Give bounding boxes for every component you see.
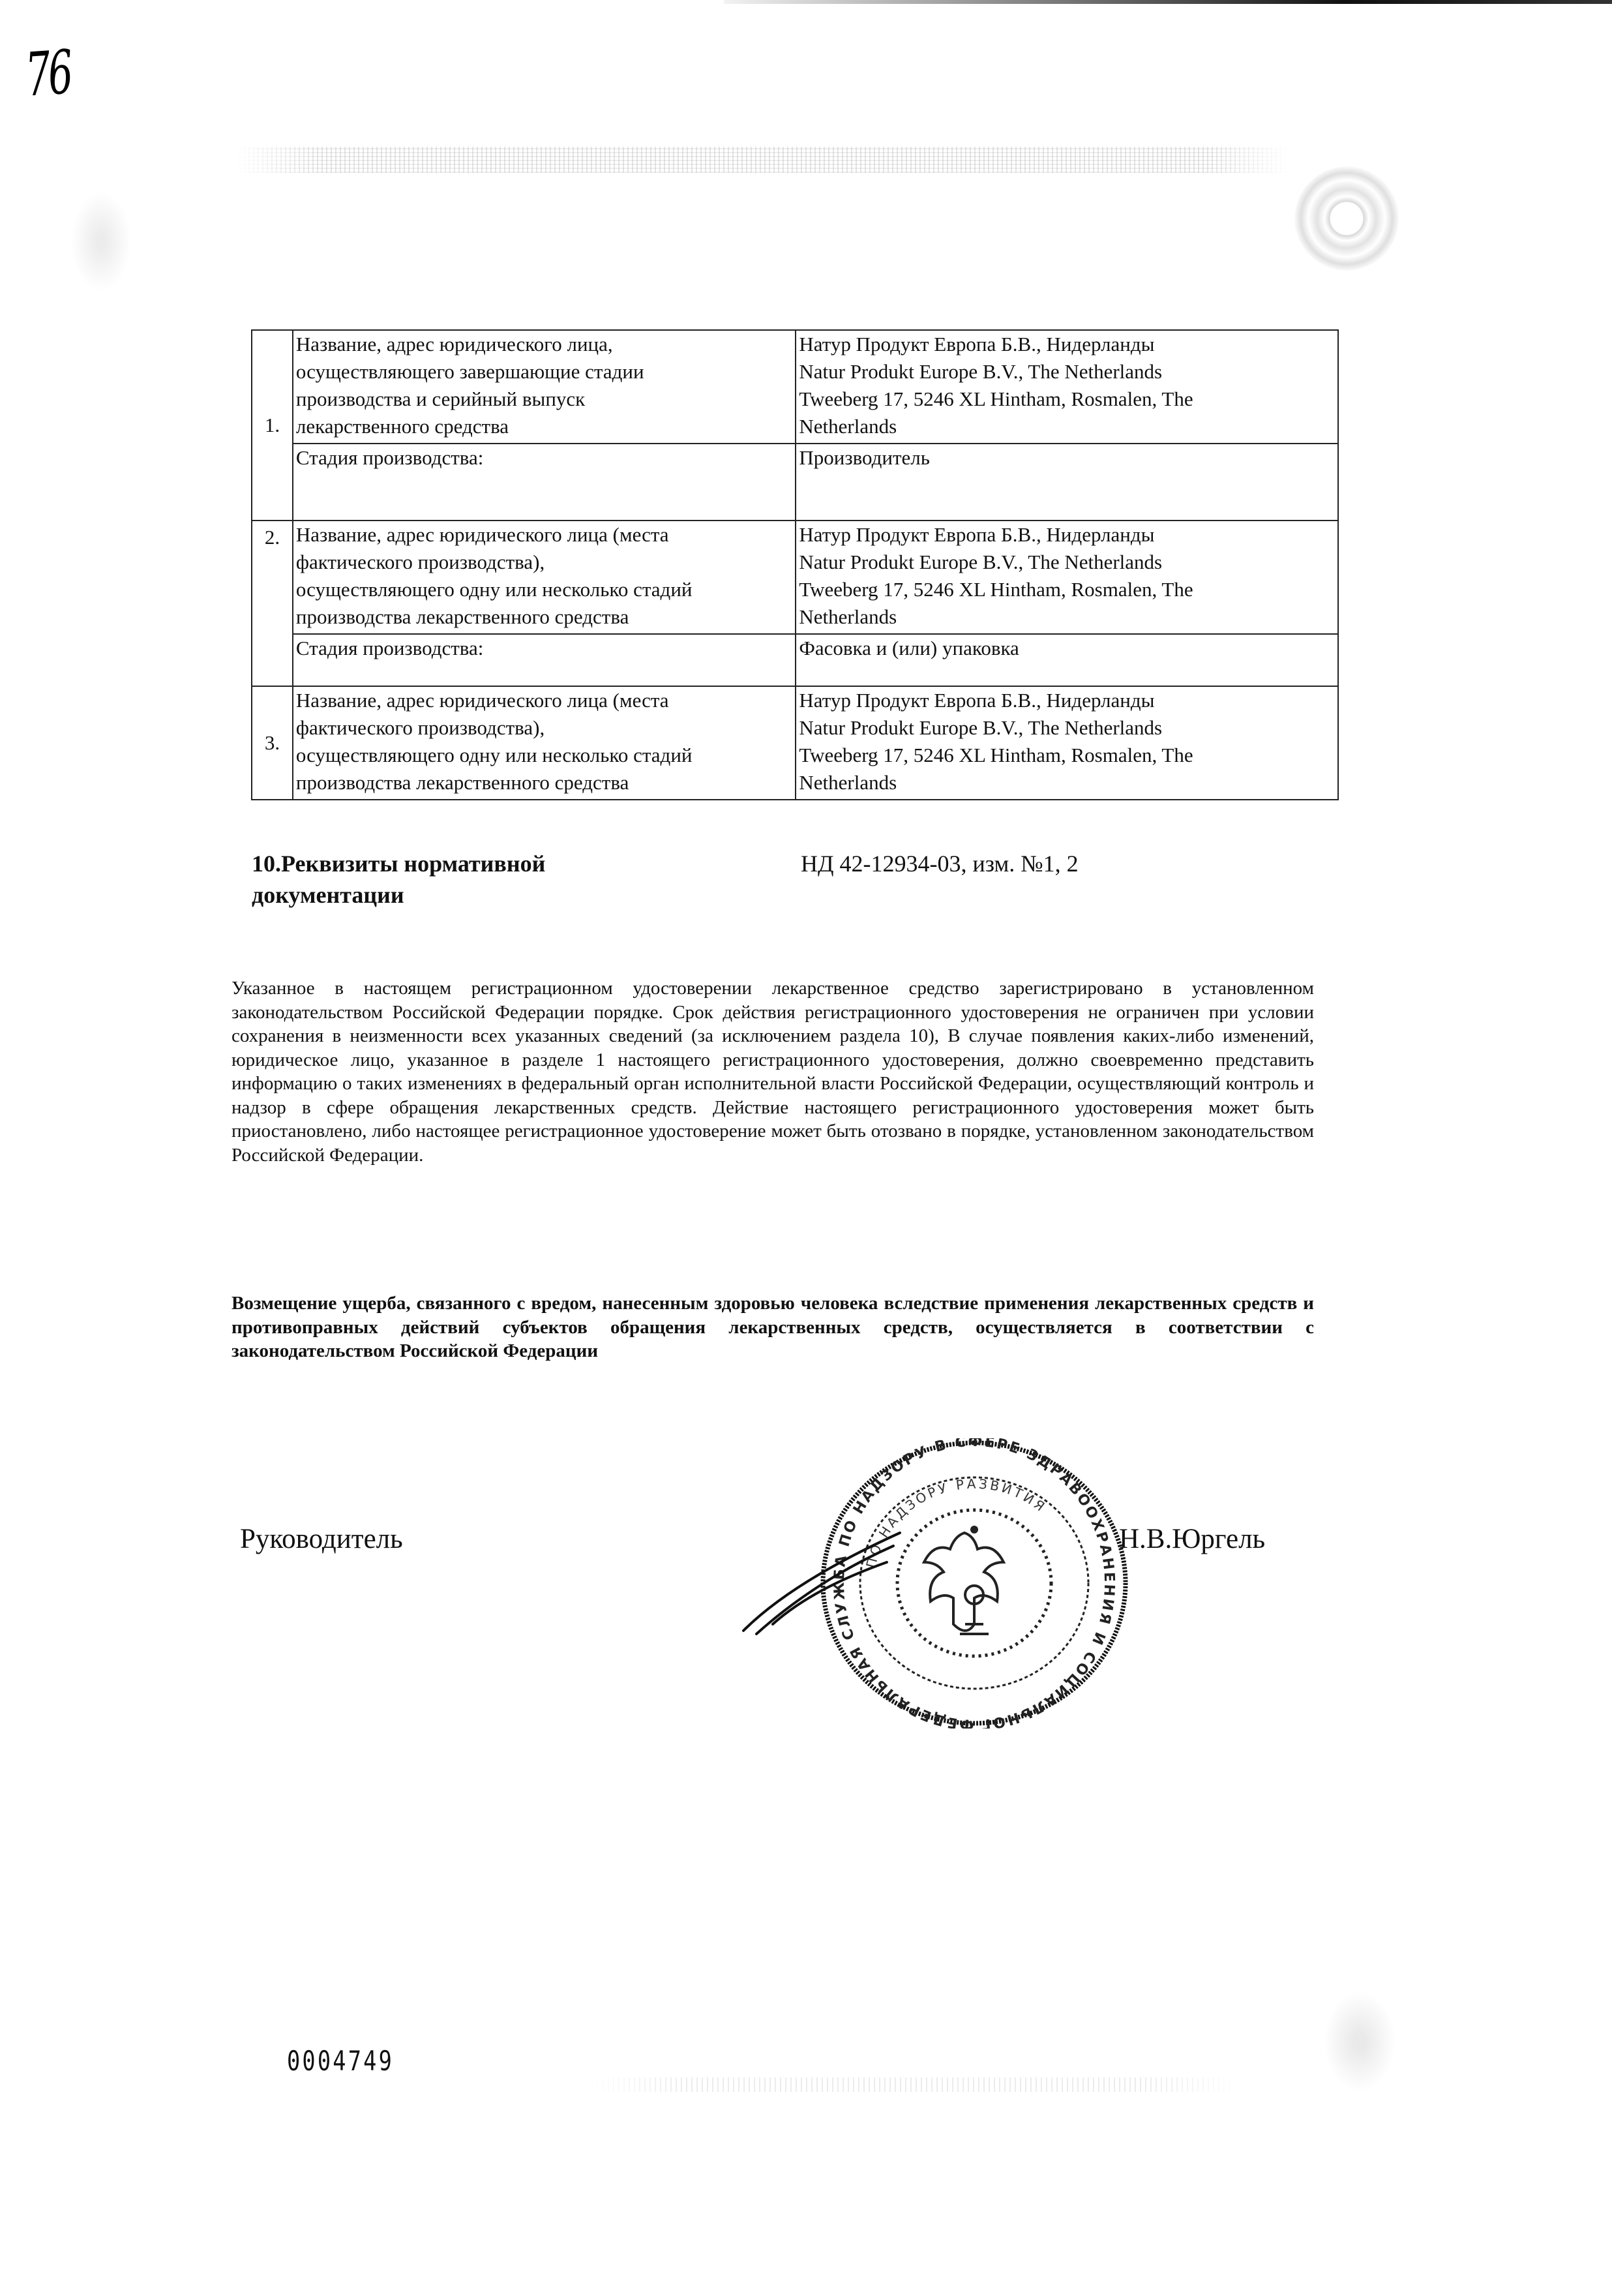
signatory-name: Н.В.Юргель [1119, 1523, 1265, 1555]
signatory-role: Руководитель [240, 1523, 403, 1555]
entity-label-cell: Название, адрес юридического лица (места… [293, 686, 796, 800]
compensation-paragraph: Возмещение ущерба, связанного с вредом, … [231, 1291, 1314, 1363]
validity-paragraph: Указанное в настоящем регистрационном уд… [231, 976, 1314, 1167]
cell-line: осуществляющего завершающие стадии [296, 358, 795, 385]
section-10-title-line: 10.Реквизиты нормативной [252, 848, 643, 879]
row-number: 2. [252, 521, 293, 686]
signature-icon [737, 1526, 906, 1637]
row-number: 3. [252, 686, 293, 800]
cell-line: фактического производства), [296, 549, 795, 576]
table-row: 3. Название, адрес юридического лица (ме… [252, 686, 1338, 800]
cell-line: производства лекарственного средства [296, 603, 795, 631]
section-10-title: 10.Реквизиты нормативной документации [252, 848, 643, 911]
scan-edge-line [724, 0, 1612, 4]
cell-line: Natur Produkt Europe B.V., The Netherlan… [799, 549, 1337, 576]
cell-line: Netherlands [799, 603, 1337, 631]
cell-line: Натур Продукт Европа Б.В., Нидерланды [799, 331, 1337, 358]
ornament-bottom-icon [1317, 1983, 1402, 2100]
stage-label-cell: Стадия производства: [293, 444, 796, 521]
ornament-left-icon [65, 183, 137, 300]
table-row: 2. Название, адрес юридического лица (ме… [252, 521, 1338, 634]
cell-line: осуществляющего одну или несколько стади… [296, 742, 795, 769]
cell-line: Netherlands [799, 413, 1337, 440]
cell-line: производства лекарственного средства [296, 769, 795, 796]
form-serial-number: 0004749 [287, 2045, 394, 2077]
cell-line: Natur Produkt Europe B.V., The Netherlan… [799, 358, 1337, 385]
cell-line: Название, адрес юридического лица, [296, 331, 795, 358]
cell-line: осуществляющего одну или несколько стади… [296, 576, 795, 603]
cell-line: Natur Produkt Europe B.V., The Netherlan… [799, 714, 1337, 742]
handwritten-page-mark: 76 [23, 37, 73, 110]
stage-value-cell: Производитель [796, 444, 1338, 521]
cell-line: Натур Продукт Европа Б.В., Нидерланды [799, 521, 1337, 549]
manufacturing-table: 1. Название, адрес юридического лица, ос… [251, 329, 1339, 800]
table-row: 1. Название, адрес юридического лица, ос… [252, 330, 1338, 444]
entity-value-cell: Натур Продукт Европа Б.В., Нидерланды Na… [796, 686, 1338, 800]
cell-line: Tweeberg 17, 5246 XL Hintham, Rosmalen, … [799, 742, 1337, 769]
cell-line: Tweeberg 17, 5246 XL Hintham, Rosmalen, … [799, 576, 1337, 603]
table-row: Стадия производства: Фасовка и (или) упа… [252, 634, 1338, 686]
entity-label-cell: Название, адрес юридического лица (места… [293, 521, 796, 634]
table-row: Стадия производства: Производитель [252, 444, 1338, 521]
cell-line: Название, адрес юридического лица (места [296, 687, 795, 714]
cell-line: Tweeberg 17, 5246 XL Hintham, Rosmalen, … [799, 385, 1337, 413]
cell-line: Натур Продукт Европа Б.В., Нидерланды [799, 687, 1337, 714]
entity-label-cell: Название, адрес юридического лица, осуще… [293, 330, 796, 444]
section-10-title-line: документации [252, 879, 643, 911]
cell-line: Название, адрес юридического лица (места [296, 521, 795, 549]
cell-line: фактического производства), [296, 714, 795, 742]
cell-line: лекарственного средства [296, 413, 795, 440]
cell-line: производства и серийный выпуск [296, 385, 795, 413]
cell-line: Netherlands [799, 769, 1337, 796]
stage-value-cell: Фасовка и (или) упаковка [796, 634, 1338, 686]
guilloche-border-bottom [587, 2077, 1239, 2092]
entity-value-cell: Натур Продукт Европа Б.В., Нидерланды Na… [796, 521, 1338, 634]
section-10-value: НД 42-12934-03, изм. №1, 2 [801, 848, 1079, 879]
rosette-ornament-icon [1294, 166, 1399, 271]
guilloche-border-top [235, 147, 1291, 173]
row-number: 1. [252, 330, 293, 521]
stage-label-cell: Стадия производства: [293, 634, 796, 686]
entity-value-cell: Натур Продукт Европа Б.В., Нидерланды Na… [796, 330, 1338, 444]
